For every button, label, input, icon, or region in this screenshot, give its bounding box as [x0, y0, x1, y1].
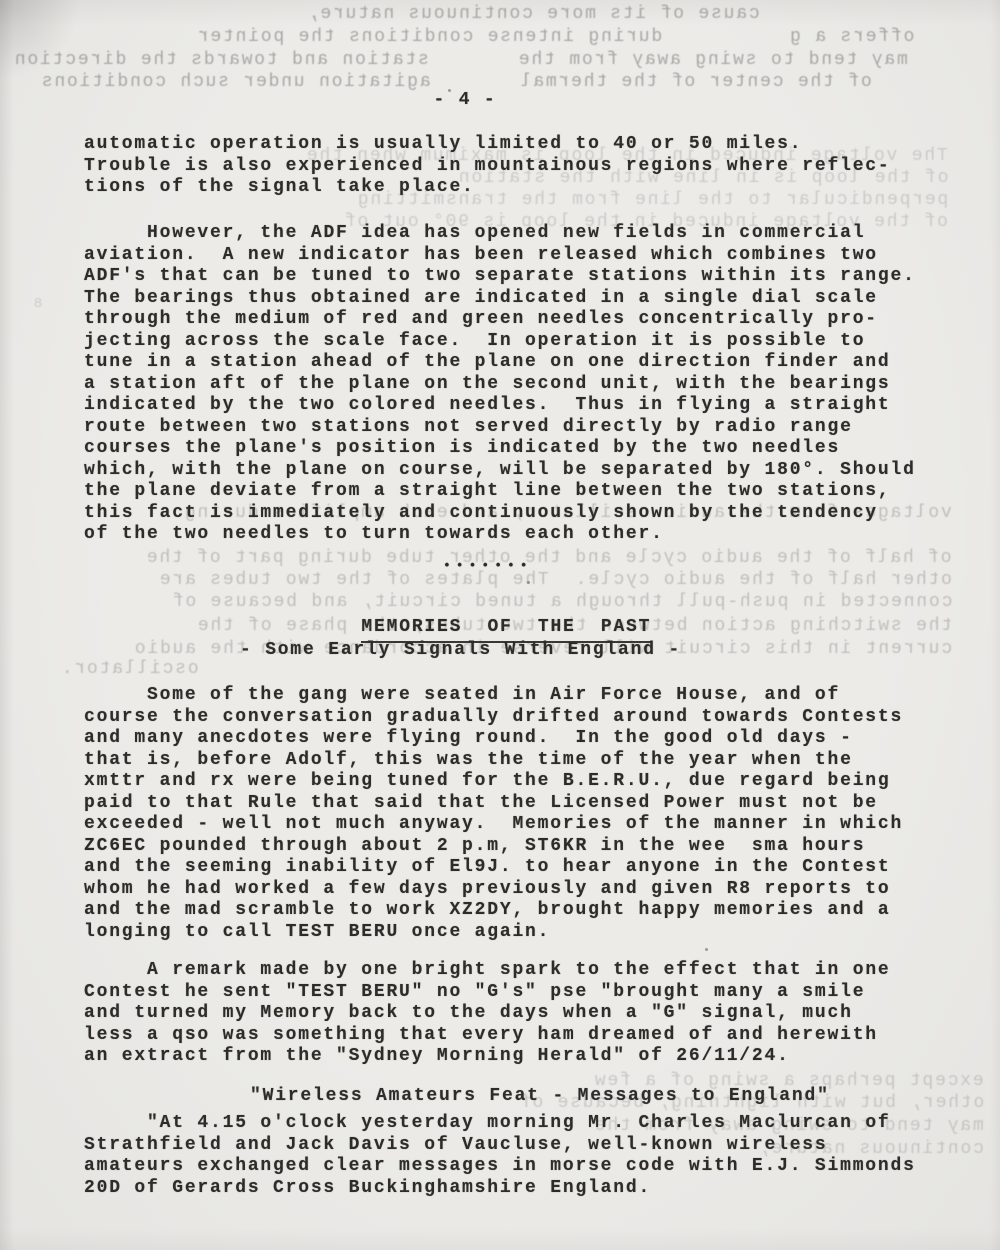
page-number: - 4 - — [0, 90, 930, 112]
paragraph-bright-spark: A remark made by one bright spark to the… — [84, 960, 964, 1068]
bleedthrough-line: may tend to swing away from the station … — [13, 50, 908, 70]
bleedthrough-line: of half of the audio cycle and the other… — [145, 548, 952, 568]
bleedthrough-line: offers a g during intense conditions the… — [196, 27, 914, 47]
bleedthrough-line: other half of the audio cycle. The plate… — [158, 570, 952, 590]
paragraph-gang-contests: Some of the gang were seated in Air Forc… — [84, 685, 964, 943]
paragraph-automatic-operation: automatic operation is usually limited t… — [84, 134, 964, 199]
paragraph-adf-indicator: However, the ADF idea has opened new fie… — [84, 223, 964, 546]
ink-speck — [705, 948, 708, 951]
ink-speck — [527, 581, 530, 584]
scanned-page: cause of its more continuous nature, off… — [0, 0, 1000, 1250]
paragraph-herald-extract: "At 4.15 o'clock yesterday morning Mr. C… — [84, 1113, 964, 1199]
section-subheading-early-signals: - Some Early Signals With England - — [240, 640, 681, 662]
section-heading-text: MEMORIES OF THE PAST — [361, 617, 651, 643]
bleedthrough-line: cause of its more continuous nature, — [306, 4, 760, 24]
bleedthrough-line: of the center of the thermal agitation u… — [40, 72, 872, 92]
separator-dots: ••••••• — [443, 558, 533, 573]
stray-mark: 8 — [32, 296, 42, 312]
bleedthrough-line: oscillator. — [60, 659, 199, 679]
article-heading-wireless-feat: "Wireless Amateurs Feat - Messages to En… — [250, 1086, 830, 1108]
